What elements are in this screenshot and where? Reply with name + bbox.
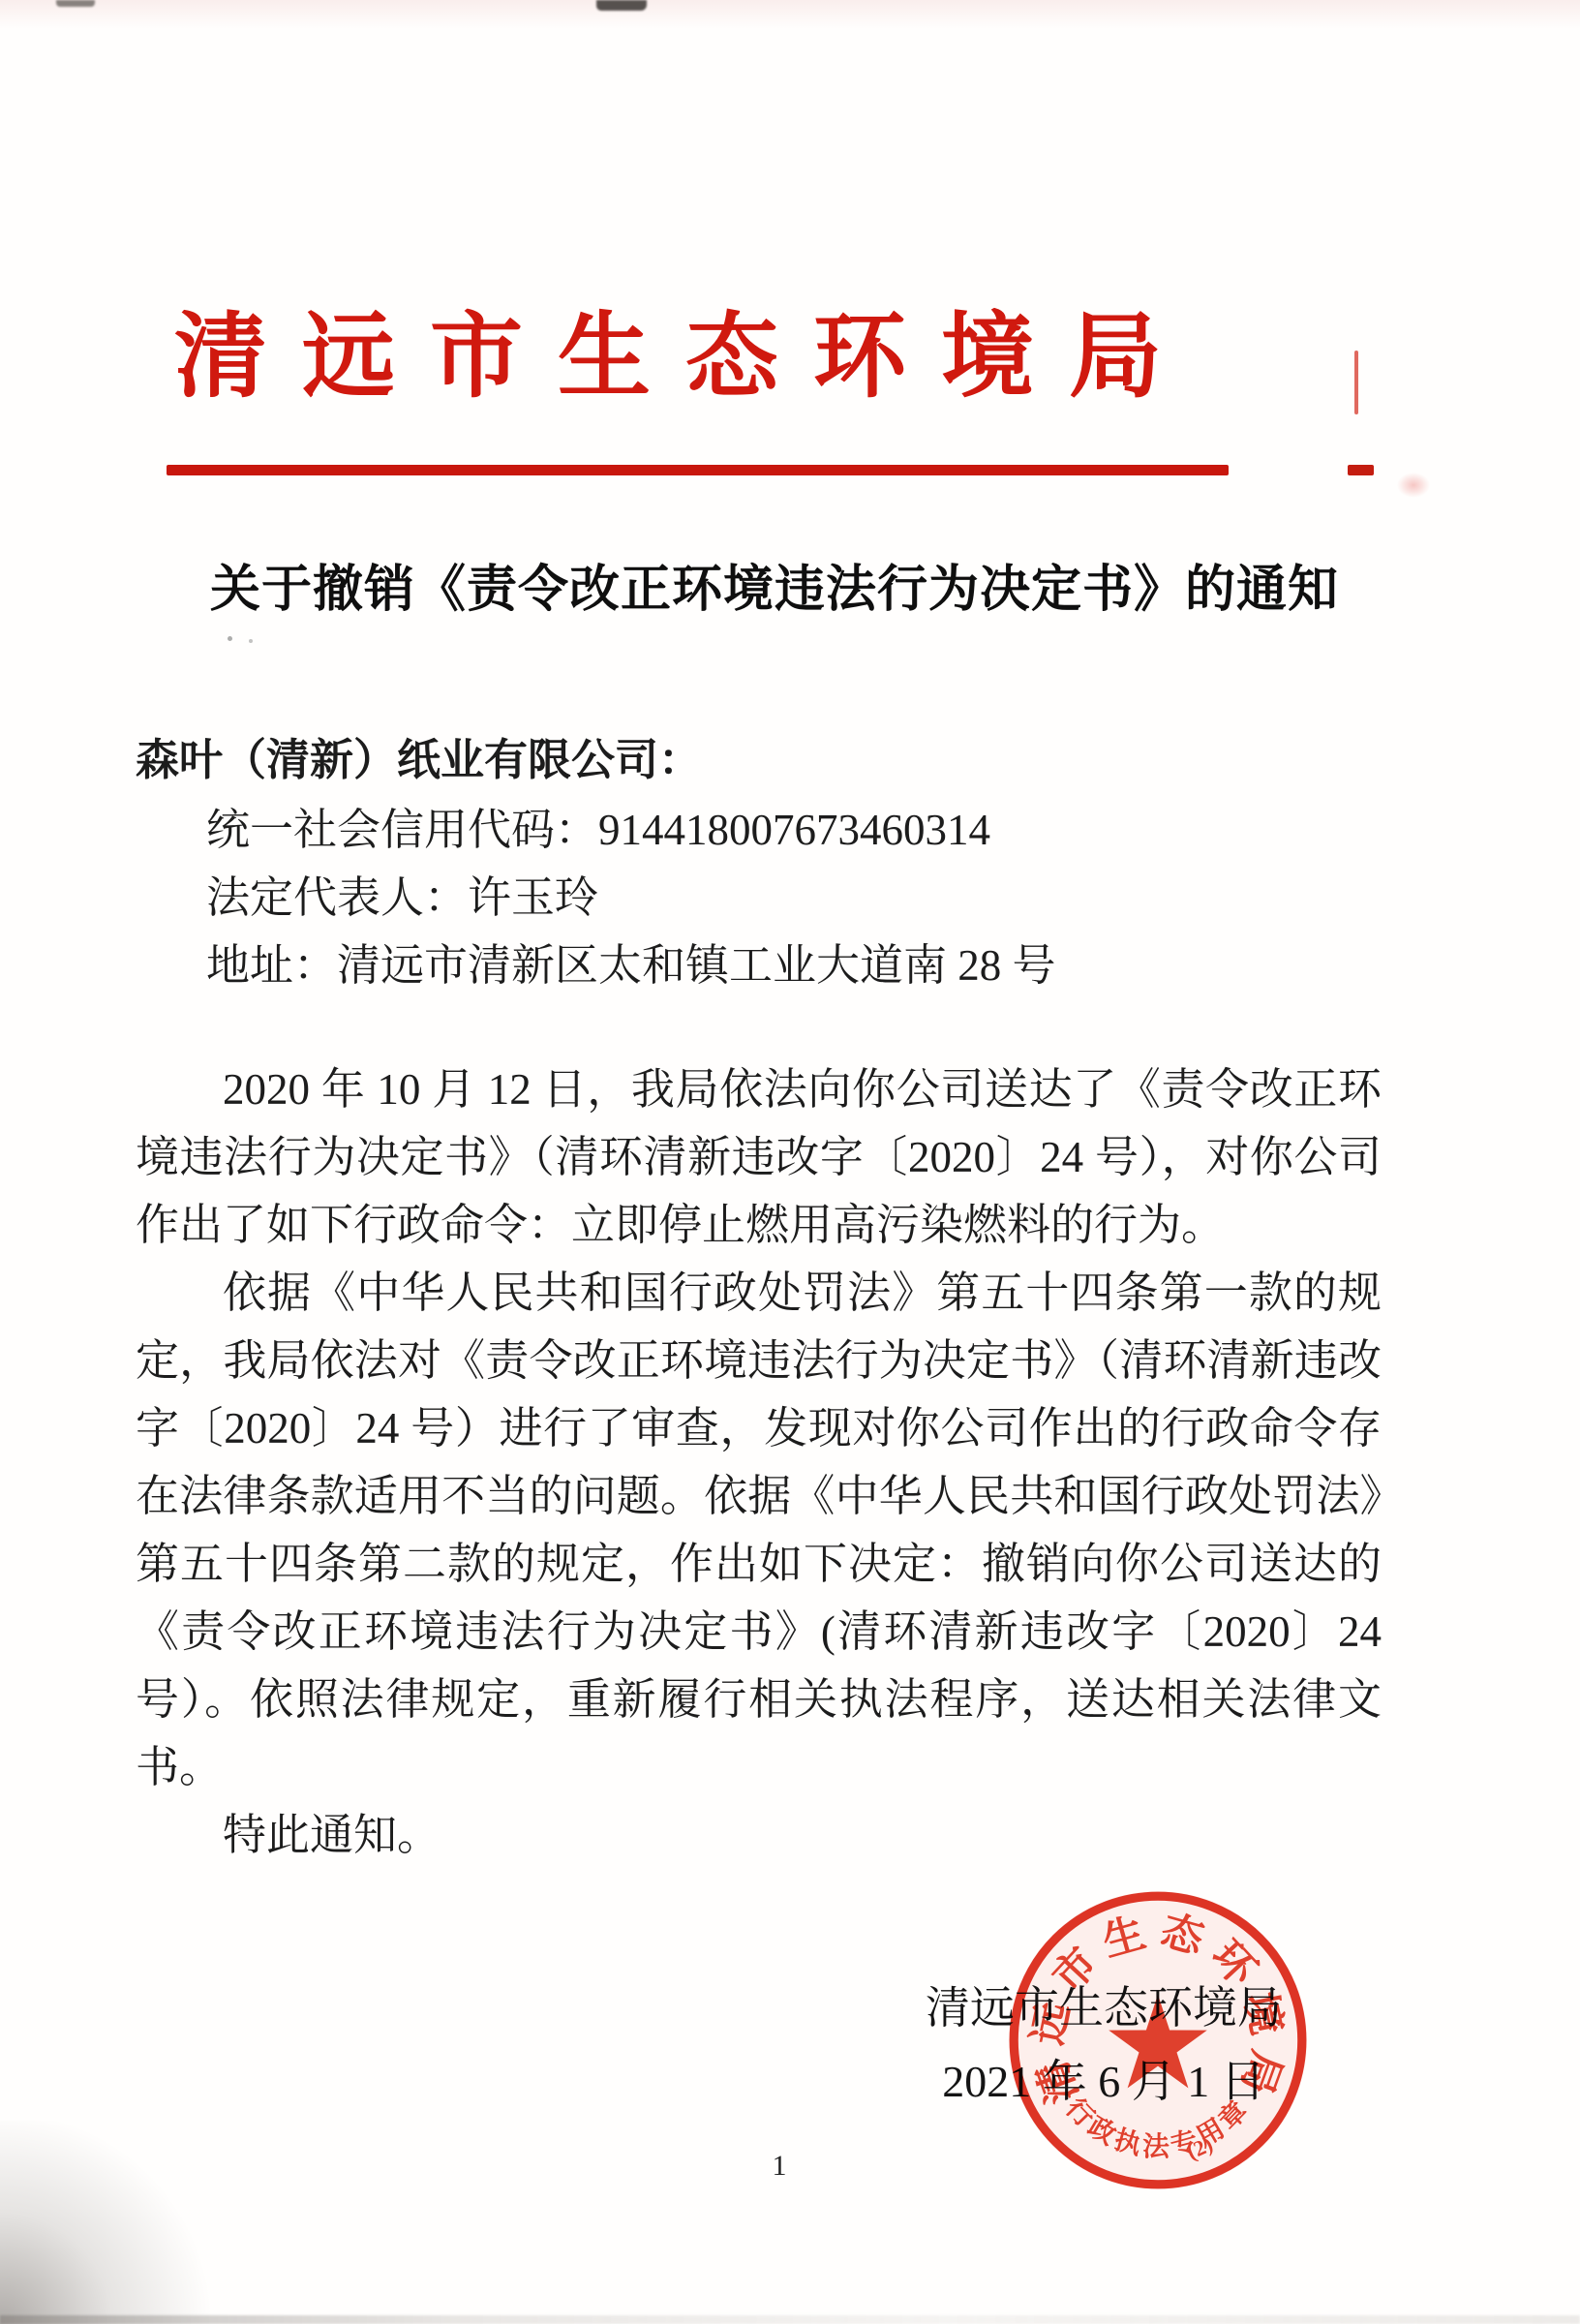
scan-artifact-bottom-edge bbox=[0, 2315, 1580, 2324]
recipient-info-block: 统一社会信用代码：914418007673460314 法定代表人：许玉玲 地址… bbox=[206, 796, 1056, 999]
scan-artifact-pink-speck bbox=[1397, 473, 1430, 498]
official-seal: 清远市生态环境局 行政执法专用章 (2) bbox=[1007, 1881, 1309, 2200]
scan-artifact-red-dash bbox=[1348, 465, 1374, 475]
header-divider bbox=[167, 465, 1229, 475]
scan-artifact-corner-smudge bbox=[0, 2121, 213, 2324]
scan-artifact-top-mark bbox=[596, 0, 647, 11]
closing-remark: 特此通知。 bbox=[136, 1801, 1382, 1869]
scanned-document-page: 清 远 市 生 态 环 境 局 关于撤销《责令改正环境违法行为决定书》的通知 森… bbox=[0, 0, 1580, 2324]
page-number: 1 bbox=[755, 2150, 804, 2183]
scan-artifact-red-line bbox=[1354, 351, 1358, 414]
recipient-address: 地址：清远市清新区太和镇工业大道南 28 号 bbox=[206, 932, 1056, 999]
scan-artifact-top-wash bbox=[0, 0, 1580, 29]
body-paragraph: 依据《中华人民共和国行政处罚法》第五十四条第一款的规定，我局依法对《责令改正环境… bbox=[136, 1259, 1382, 1801]
scan-artifact-dot bbox=[249, 639, 253, 643]
scan-artifact-dot bbox=[228, 636, 232, 641]
document-title: 关于撤销《责令改正环境违法行为决定书》的通知 bbox=[136, 548, 1413, 621]
recipient-name: 森叶（清新）纸业有限公司： bbox=[136, 724, 702, 787]
body-paragraph: 2020 年 10 月 12 日，我局依法向你公司送达了《责令改正环境违法行为决… bbox=[136, 1055, 1382, 1259]
recipient-legal-representative: 法定代表人：许玉玲 bbox=[206, 864, 1056, 932]
agency-header-title: 清 远 市 生 态 环 境 局 bbox=[174, 306, 1168, 409]
scan-artifact-top-mark bbox=[56, 0, 95, 7]
document-body: 2020 年 10 月 12 日，我局依法向你公司送达了《责令改正环境违法行为决… bbox=[136, 1055, 1382, 1869]
recipient-credit-code: 统一社会信用代码：914418007673460314 bbox=[206, 796, 1056, 864]
